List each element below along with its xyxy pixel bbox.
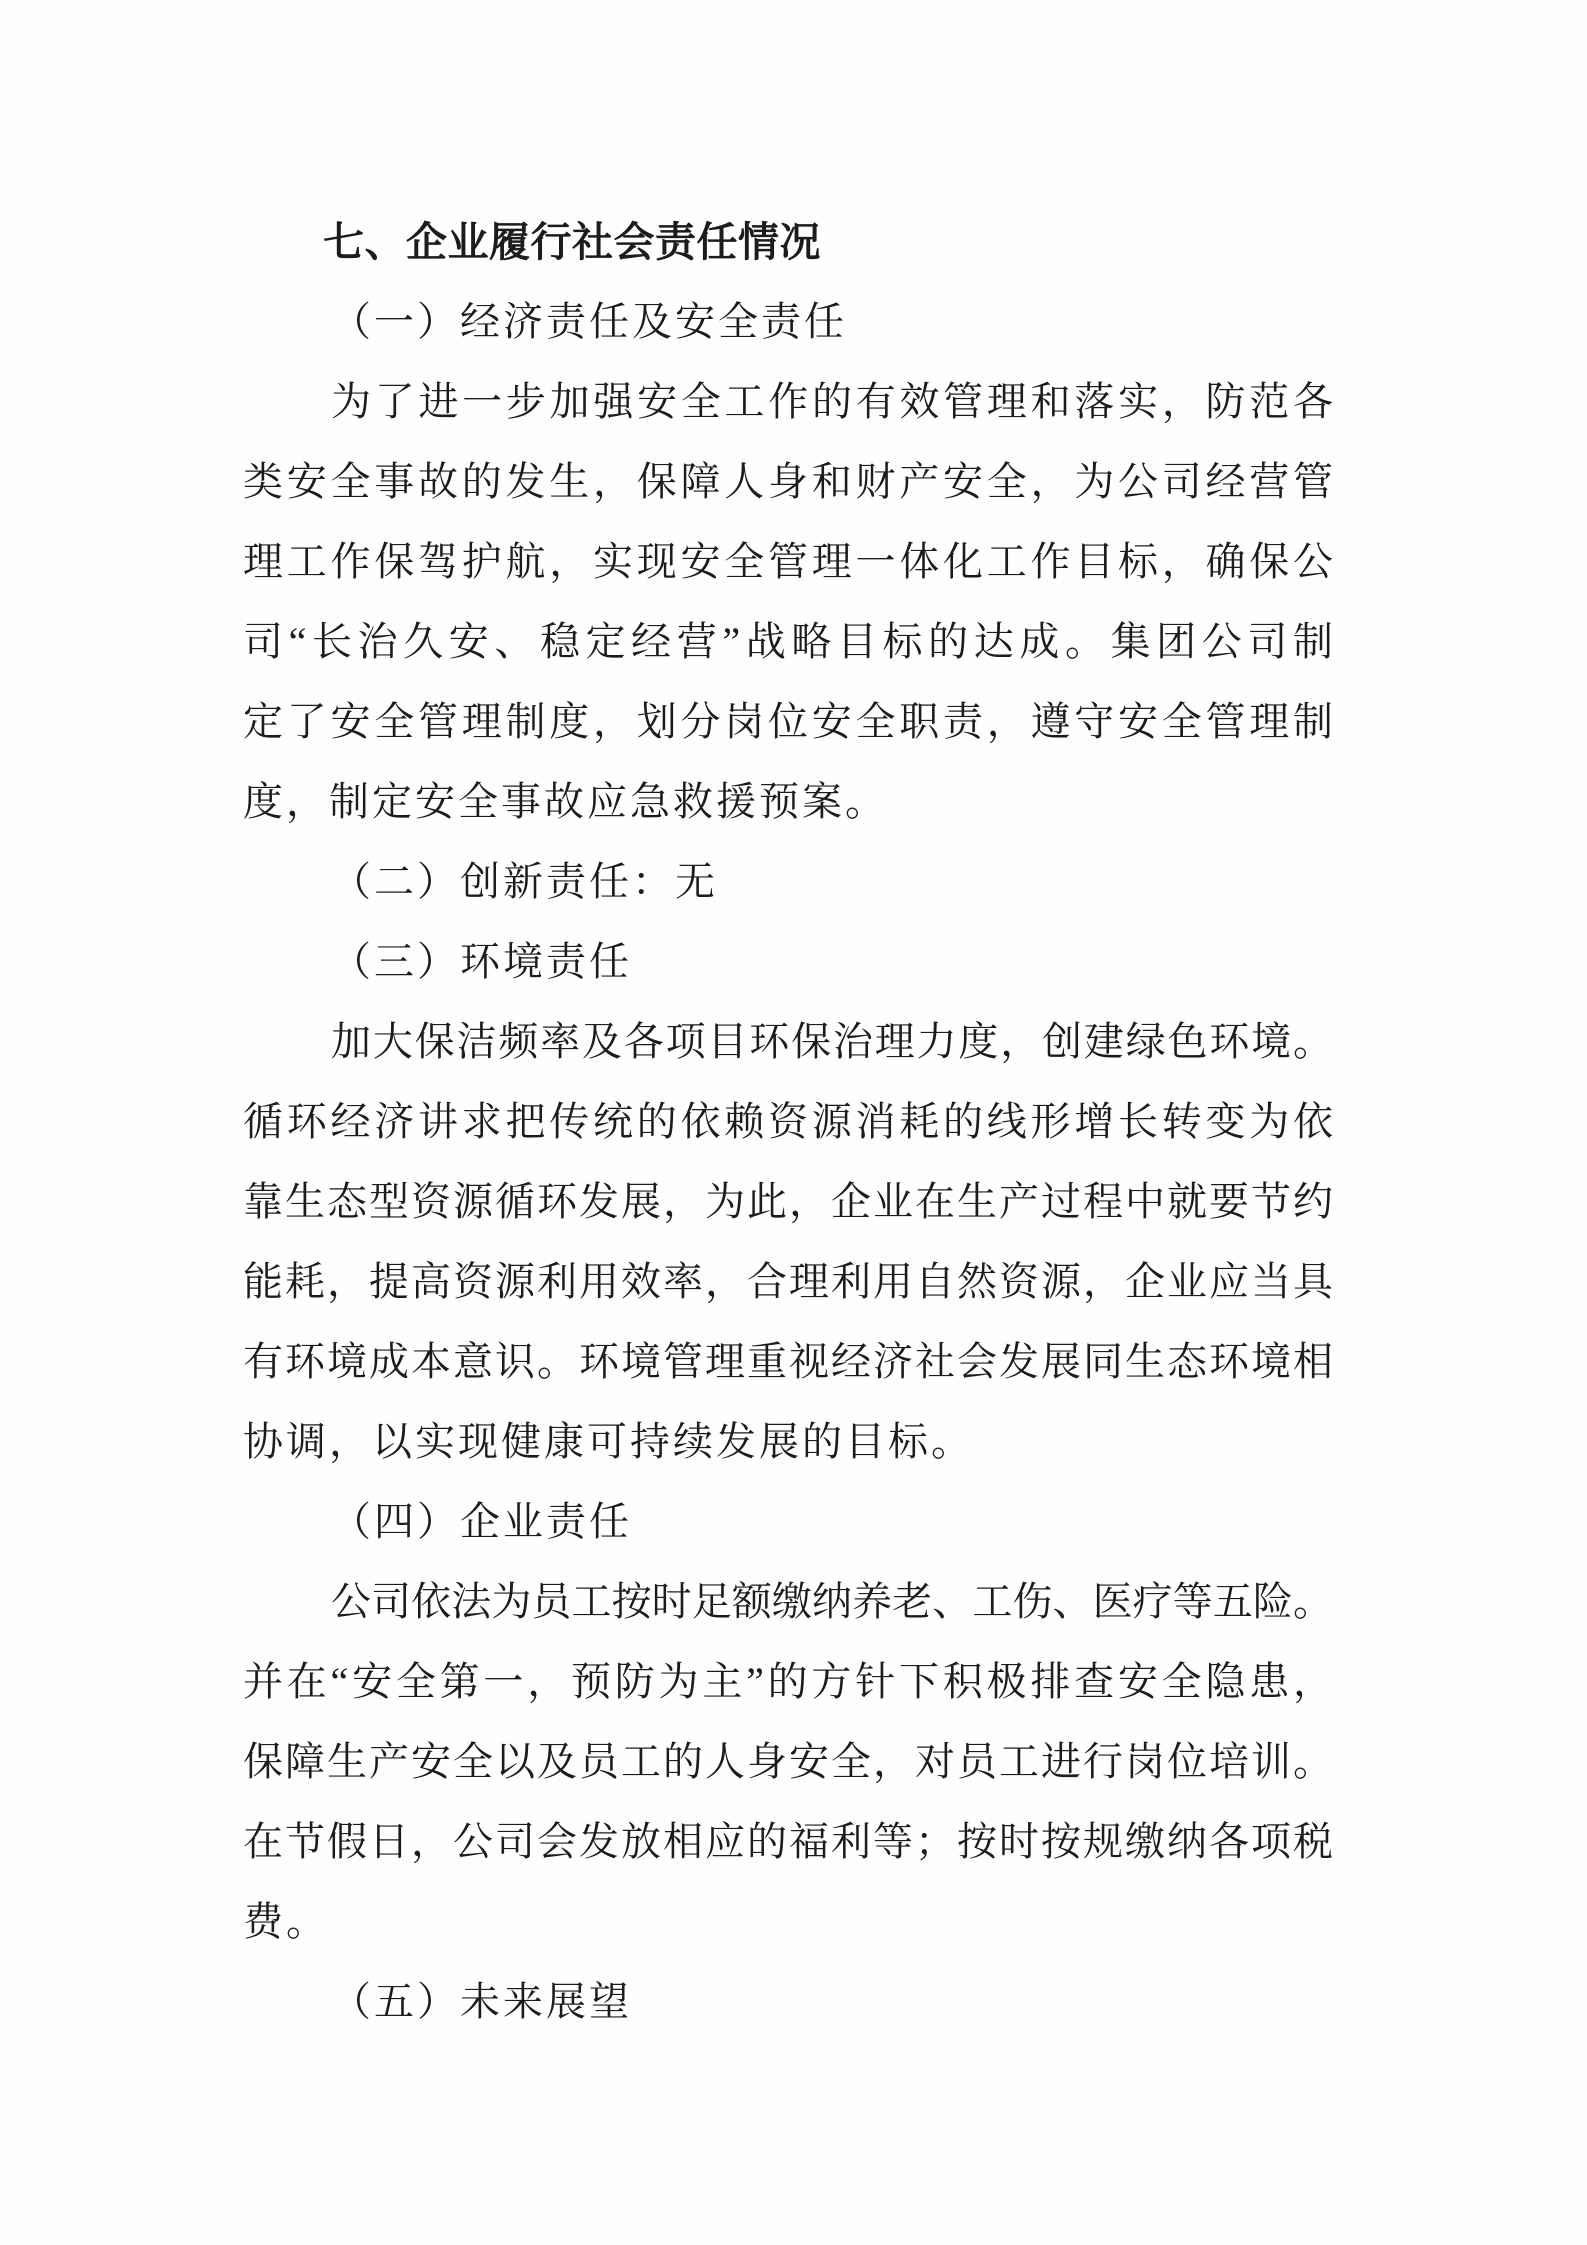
document-page: 七、企业履行社会责任情况 （一）经济责任及安全责任 为了进一步加强安全工作的有效… [0,0,1587,2245]
heading-future-outlook: （五）未来展望 [243,1962,1333,2042]
paragraph-line: 定了安全管理制度，划分岗位安全职责，遵守安全管理制 [243,682,1333,762]
paragraph-line: 为了进一步加强安全工作的有效管理和落实，防范各 [243,362,1333,442]
paragraph-line: 理工作保驾护航，实现安全管理一体化工作目标，确保公 [243,522,1333,602]
paragraph-line: 费。 [243,1882,1333,1962]
heading-environment-responsibility: （三）环境责任 [243,922,1333,1002]
paragraph-line: 并在“安全第一，预防为主”的方针下积极排查安全隐患， [243,1642,1333,1722]
paragraph-line: 保障生产安全以及员工的人身安全，对员工进行岗位培训。 [243,1722,1333,1802]
paragraph-line: 能耗，提高资源利用效率，合理利用自然资源，企业应当具 [243,1242,1333,1322]
paragraph-line: 度，制定安全事故应急救援预案。 [243,762,1333,842]
paragraph-line: 协调，以实现健康可持续发展的目标。 [243,1402,1333,1482]
document-content: 七、企业履行社会责任情况 （一）经济责任及安全责任 为了进一步加强安全工作的有效… [243,202,1333,2042]
heading-economic-safety-responsibility: （一）经济责任及安全责任 [243,282,1333,362]
paragraph-line: 在节假日，公司会发放相应的福利等；按时按规缴纳各项税 [243,1802,1333,1882]
document-title: 七、企业履行社会责任情况 [243,202,1333,282]
paragraph-line: 循环经济讲求把传统的依赖资源消耗的线形增长转变为依 [243,1082,1333,1162]
heading-enterprise-responsibility: （四）企业责任 [243,1482,1333,1562]
paragraph-line: 司“长治久安、稳定经营”战略目标的达成。集团公司制 [243,602,1333,682]
paragraph-line: 靠生态型资源循环发展，为此，企业在生产过程中就要节约 [243,1162,1333,1242]
paragraph-line: 有环境成本意识。环境管理重视经济社会发展同生态环境相 [243,1322,1333,1402]
paragraph-line: 类安全事故的发生，保障人身和财产安全，为公司经营管 [243,442,1333,522]
heading-innovation-responsibility: （二）创新责任：无 [243,842,1333,922]
paragraph-line: 公司依法为员工按时足额缴纳养老、工伤、医疗等五险。 [243,1562,1333,1642]
paragraph-line: 加大保洁频率及各项目环保治理力度，创建绿色环境。 [243,1002,1333,1082]
